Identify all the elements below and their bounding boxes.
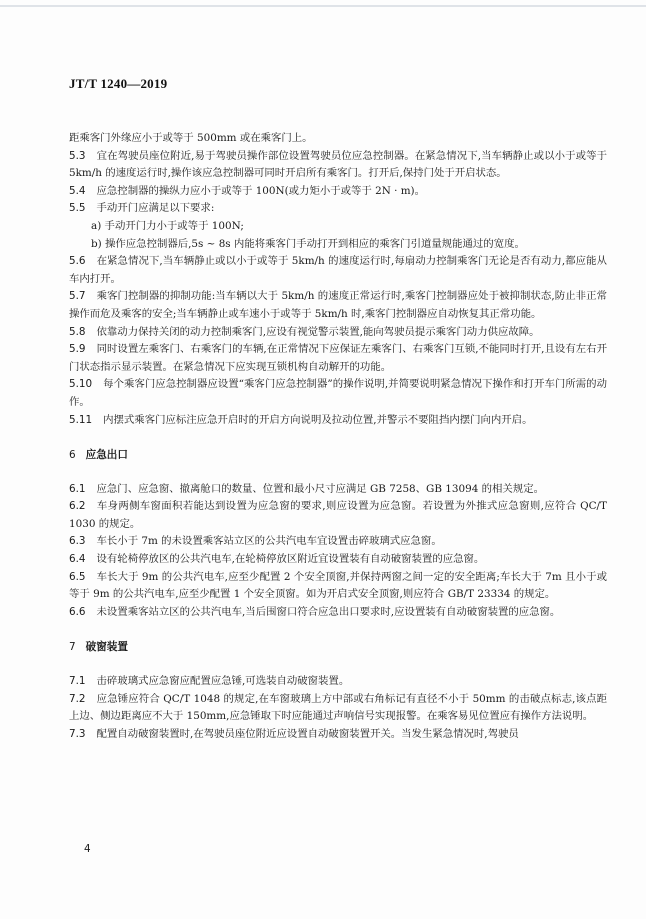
paragraph-text: 距乘客门外缘应小于或等于 500mm 或在乘客门上。 <box>69 132 313 144</box>
clause-text: 击碎玻璃式应急窗应配置应急锤,可选装自动破窗装置。 <box>97 675 350 687</box>
clause-5-10: 5.10每个乘客门应急控制器应设置“乘客门应急控制器”的操作说明,并简要说明紧急… <box>69 376 607 411</box>
section-number: 6 <box>69 449 76 461</box>
clause-text: 车长大于 9m 的公共汽电车,应至少配置 2 个安全顶窗,并保持两窗之间一定的安… <box>69 571 607 601</box>
clause-text: 应急门、应急窗、撤离舱口的数量、位置和最小尺寸应满足 GB 7258、GB 13… <box>97 483 544 495</box>
clause-5-7: 5.7乘客门控制器的抑制功能:当车辆以大于 5km/h 的速度正常运行时,乘客门… <box>69 288 607 323</box>
clause-number: 5.5 <box>69 202 86 214</box>
clause-6-6: 6.6未设置乘客站立区的公共汽电车,当后围窗口符合应急出口要求时,应设置装有自动… <box>69 604 607 622</box>
clause-number: 6.6 <box>69 606 86 618</box>
clause-text: 手动开门应满足以下要求: <box>97 202 215 214</box>
clause-text: 车身两侧车窗面积若能达到设置为应急窗的要求,则应设置为应急窗。若设置为外推式应急… <box>69 500 607 530</box>
clause-text: 乘客门控制器的抑制功能:当车辆以大于 5km/h 的速度正常运行时,乘客门控制器… <box>69 290 607 320</box>
clause-text: 未设置乘客站立区的公共汽电车,当后围窗口符合应急出口要求时,应设置装有自动破窗装… <box>97 606 561 618</box>
scan-top-edge <box>0 5 646 7</box>
clause-5-9: 5.9同时设置左乘客门、右乘客门的车辆,在正常情况下应保证左乘客门、右乘客门互锁… <box>69 341 607 376</box>
clause-6-3: 6.3车长小于 7m 的未设置乘客站立区的公共汽电车宜设置击碎玻璃式应急窗。 <box>69 533 607 551</box>
section-7-heading: 7破窗装置 <box>69 639 607 657</box>
clause-text: 配置自动破窗装置时,在驾驶员座位附近应设置自动破窗装置开关。当发生紧急情况时,驾… <box>97 728 519 740</box>
clause-text: 依靠动力保持关闭的动力控制乘客门,应设有视觉警示装置,能向驾驶员提示乘客门动力供… <box>97 326 540 338</box>
document-body: 距乘客门外缘应小于或等于 500mm 或在乘客门上。 5.3宜在驾驶员座位附近,… <box>69 130 607 743</box>
clause-text: 应急控制器的操纵力应小于或等于 100N(或力矩小于或等于 2N · m)。 <box>97 185 425 197</box>
clause-number: 6.1 <box>69 483 86 495</box>
list-item-a: a) 手动开门力小于或等于 100N; <box>69 218 607 236</box>
clause-number: 5.4 <box>69 185 86 197</box>
clause-number: 7.3 <box>69 728 86 740</box>
clause-number: 6.4 <box>69 553 86 565</box>
clause-5-8: 5.8依靠动力保持关闭的动力控制乘客门,应设有视觉警示装置,能向驾驶员提示乘客门… <box>69 324 607 342</box>
list-item-text: a) 手动开门力小于或等于 100N; <box>91 220 244 232</box>
clause-6-2: 6.2车身两侧车窗面积若能达到设置为应急窗的要求,则应设置为应急窗。若设置为外推… <box>69 498 607 533</box>
clause-number: 5.3 <box>69 150 86 162</box>
clause-text: 宜在驾驶员座位附近,易于驾驶员操作部位设置驾驶员位应急控制器。在紧急情况下,当车… <box>69 150 607 180</box>
clause-number: 5.8 <box>69 326 86 338</box>
clause-5-4: 5.4应急控制器的操纵力应小于或等于 100N(或力矩小于或等于 2N · m)… <box>69 183 607 201</box>
clause-number: 5.11 <box>69 414 92 426</box>
standard-code-header: JT/T 1240—2019 <box>69 76 167 92</box>
clause-5-6: 5.6在紧急情况下,当车辆静止或以小于或等于 5km/h 的速度运行时,每扇动力… <box>69 253 607 288</box>
clause-number: 5.7 <box>69 290 86 302</box>
clause-5-5: 5.5手动开门应满足以下要求: <box>69 200 607 218</box>
clause-number: 5.6 <box>69 255 86 267</box>
clause-text: 同时设置左乘客门、右乘客门的车辆,在正常情况下应保证左乘客门、右乘客门互锁,不能… <box>69 343 607 373</box>
clause-7-2: 7.2应急锤应符合 QC/T 1048 的规定,在车窗玻璃上方中部或右角标记有直… <box>69 691 607 726</box>
clause-number: 6.2 <box>69 500 86 512</box>
section-number: 7 <box>69 641 76 653</box>
page-number: 4 <box>84 843 91 855</box>
clause-text: 应急锤应符合 QC/T 1048 的规定,在车窗玻璃上方中部或右角标记有直径不小… <box>69 693 607 723</box>
section-title: 破窗装置 <box>86 641 128 653</box>
clause-text: 在紧急情况下,当车辆静止或以小于或等于 5km/h 的速度运行时,每扇动力控制乘… <box>69 255 607 285</box>
clause-6-1: 6.1应急门、应急窗、撤离舱口的数量、位置和最小尺寸应满足 GB 7258、GB… <box>69 481 607 499</box>
clause-text: 内摆式乘客门应标注应急开启时的开启方向说明及拉动位置,并警示不要阻挡内摆门向内开… <box>103 414 532 426</box>
list-item-b: b) 操作应急控制器后,5s ~ 8s 内能将乘客门手动打开到相应的乘客门引道量… <box>69 236 607 254</box>
clause-6-4: 6.4设有轮椅停放区的公共汽电车,在轮椅停放区附近宜设置装有自动破窗装置的应急窗… <box>69 551 607 569</box>
paragraph-continued: 距乘客门外缘应小于或等于 500mm 或在乘客门上。 <box>69 130 607 148</box>
clause-number: 7.2 <box>69 693 86 705</box>
clause-number: 7.1 <box>69 675 86 687</box>
clause-7-1: 7.1击碎玻璃式应急窗应配置应急锤,可选装自动破窗装置。 <box>69 673 607 691</box>
section-title: 应急出口 <box>86 449 128 461</box>
clause-number: 6.5 <box>69 571 86 583</box>
clause-5-11: 5.11内摆式乘客门应标注应急开启时的开启方向说明及拉动位置,并警示不要阻挡内摆… <box>69 412 607 430</box>
clause-number: 5.10 <box>69 378 92 390</box>
list-item-text: b) 操作应急控制器后,5s ~ 8s 内能将乘客门手动打开到相应的乘客门引道量… <box>91 238 525 250</box>
clause-5-3: 5.3宜在驾驶员座位附近,易于驾驶员操作部位设置驾驶员位应急控制器。在紧急情况下… <box>69 148 607 183</box>
section-6-heading: 6应急出口 <box>69 447 607 465</box>
clause-number: 5.9 <box>69 343 86 355</box>
clause-text: 设有轮椅停放区的公共汽电车,在轮椅停放区附近宜设置装有自动破窗装置的应急窗。 <box>97 553 485 565</box>
clause-7-3: 7.3配置自动破窗装置时,在驾驶员座位附近应设置自动破窗装置开关。当发生紧急情况… <box>69 726 607 744</box>
clause-text: 每个乘客门应急控制器应设置“乘客门应急控制器”的操作说明,并简要说明紧急情况下操… <box>69 378 607 408</box>
clause-6-5: 6.5车长大于 9m 的公共汽电车,应至少配置 2 个安全顶窗,并保持两窗之间一… <box>69 569 607 604</box>
clause-number: 6.3 <box>69 535 86 547</box>
clause-text: 车长小于 7m 的未设置乘客站立区的公共汽电车宜设置击碎玻璃式应急窗。 <box>97 535 442 547</box>
